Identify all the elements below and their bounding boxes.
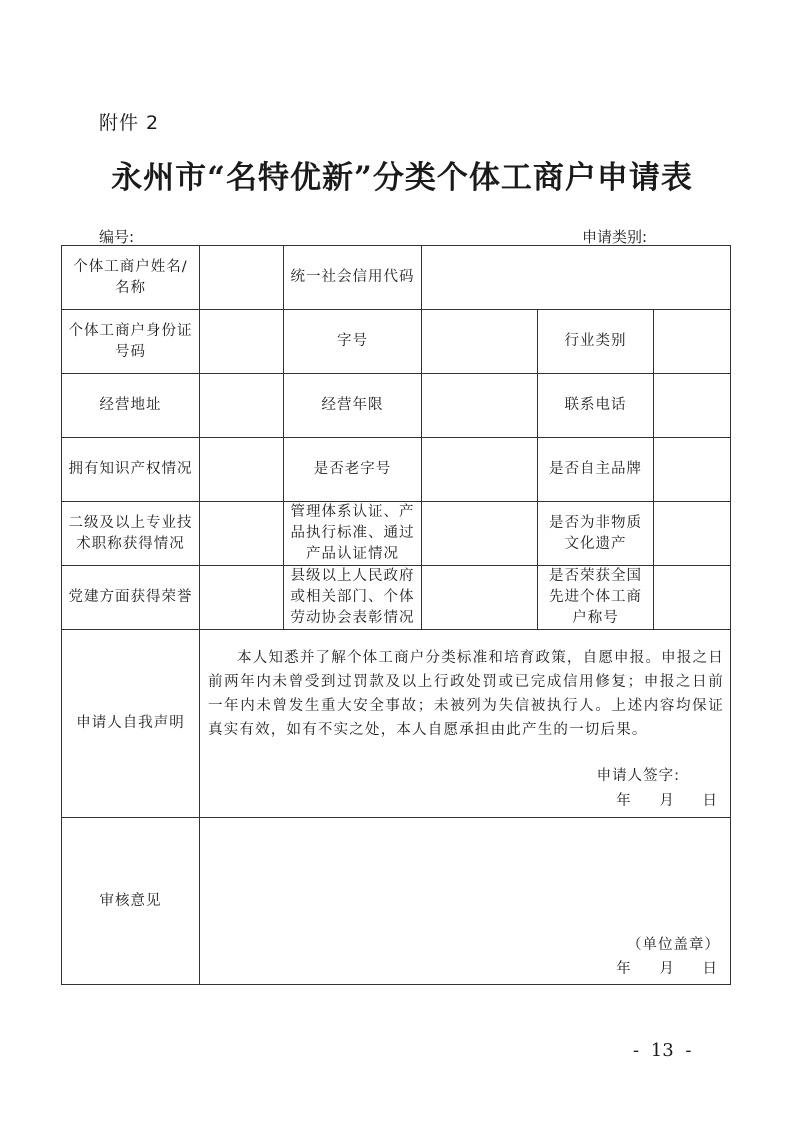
declaration-label: 申请人自我声明 [62, 630, 200, 818]
address-field[interactable] [200, 374, 284, 438]
title-label: 二级及以上专业技术职称获得情况 [62, 502, 200, 566]
gov-award-field[interactable] [422, 566, 538, 630]
old-brand-field[interactable] [422, 438, 538, 502]
ip-field[interactable] [200, 438, 284, 502]
years-field[interactable] [422, 374, 538, 438]
phone-field[interactable] [654, 374, 731, 438]
party-label: 党建方面获得荣誉 [62, 566, 200, 630]
name-field[interactable] [200, 246, 284, 310]
credit-code-field[interactable] [422, 246, 731, 310]
ip-label: 拥有知识产权情况 [62, 438, 200, 502]
table-row: 党建方面获得荣誉 县级以上人民政府或相关部门、个体劳动协会表彰情况 是否荣获全国… [62, 566, 731, 630]
review-cell[interactable]: （单位盖章） 年 月 日 [200, 818, 731, 985]
declaration-cell: 本人知悉并了解个体工商户分类标准和培育政策，自愿申报。申报之日前两年内未曾受到过… [200, 630, 731, 818]
stamp-label: （单位盖章） [627, 935, 720, 956]
heritage-label: 是否为非物质文化遗产 [538, 502, 654, 566]
id-field[interactable] [200, 310, 284, 374]
name-label: 个体工商户姓名/名称 [62, 246, 200, 310]
brand-name-label: 字号 [284, 310, 422, 374]
industry-field[interactable] [654, 310, 731, 374]
heritage-field[interactable] [654, 502, 731, 566]
number-label: 编号: [99, 226, 134, 247]
id-label: 个体工商户身份证号码 [62, 310, 200, 374]
industry-label: 行业类别 [538, 310, 654, 374]
application-form-table: 个体工商户姓名/名称 统一社会信用代码 个体工商户身份证号码 字号 行业类别 经… [61, 245, 731, 985]
category-label: 申请类别: [582, 226, 647, 247]
table-row: 经营地址 经营年限 联系电话 [62, 374, 731, 438]
cert-label: 管理体系认证、产品执行标准、通过产品认证情况 [284, 502, 422, 566]
brand-name-field[interactable] [422, 310, 538, 374]
declaration-row: 申请人自我声明 本人知悉并了解个体工商户分类标准和培育政策，自愿申报。申报之日前… [62, 630, 731, 818]
form-title: 永州市“名特优新”分类个体工商户申请表 [0, 152, 792, 197]
national-label: 是否荣获全国先进个体工商户称号 [538, 566, 654, 630]
own-brand-field[interactable] [654, 438, 731, 502]
credit-code-label: 统一社会信用代码 [284, 246, 422, 310]
address-label: 经营地址 [62, 374, 200, 438]
party-field[interactable] [200, 566, 284, 630]
years-label: 经营年限 [284, 374, 422, 438]
review-row: 审核意见 （单位盖章） 年 月 日 [62, 818, 731, 985]
table-row: 拥有知识产权情况 是否老字号 是否自主品牌 [62, 438, 731, 502]
table-row: 个体工商户姓名/名称 统一社会信用代码 [62, 246, 731, 310]
own-brand-label: 是否自主品牌 [538, 438, 654, 502]
review-label: 审核意见 [62, 818, 200, 985]
title-field[interactable] [200, 502, 284, 566]
table-row: 个体工商户身份证号码 字号 行业类别 [62, 310, 731, 374]
attachment-label: 附件 2 [99, 108, 159, 135]
table-row: 二级及以上专业技术职称获得情况 管理体系认证、产品执行标准、通过产品认证情况 是… [62, 502, 731, 566]
cert-field[interactable] [422, 502, 538, 566]
national-field[interactable] [654, 566, 731, 630]
signature-label[interactable]: 申请人签字: [597, 766, 680, 787]
review-date: 年 月 日 [616, 959, 718, 980]
phone-label: 联系电话 [538, 374, 654, 438]
declaration-text: 本人知悉并了解个体工商户分类标准和培育政策，自愿申报。申报之日前两年内未曾受到过… [208, 646, 724, 742]
gov-award-label: 县级以上人民政府或相关部门、个体劳动协会表彰情况 [284, 566, 422, 630]
declaration-date: 年 月 日 [616, 791, 718, 812]
page-number: - 13 - [633, 1040, 692, 1061]
old-brand-label: 是否老字号 [284, 438, 422, 502]
